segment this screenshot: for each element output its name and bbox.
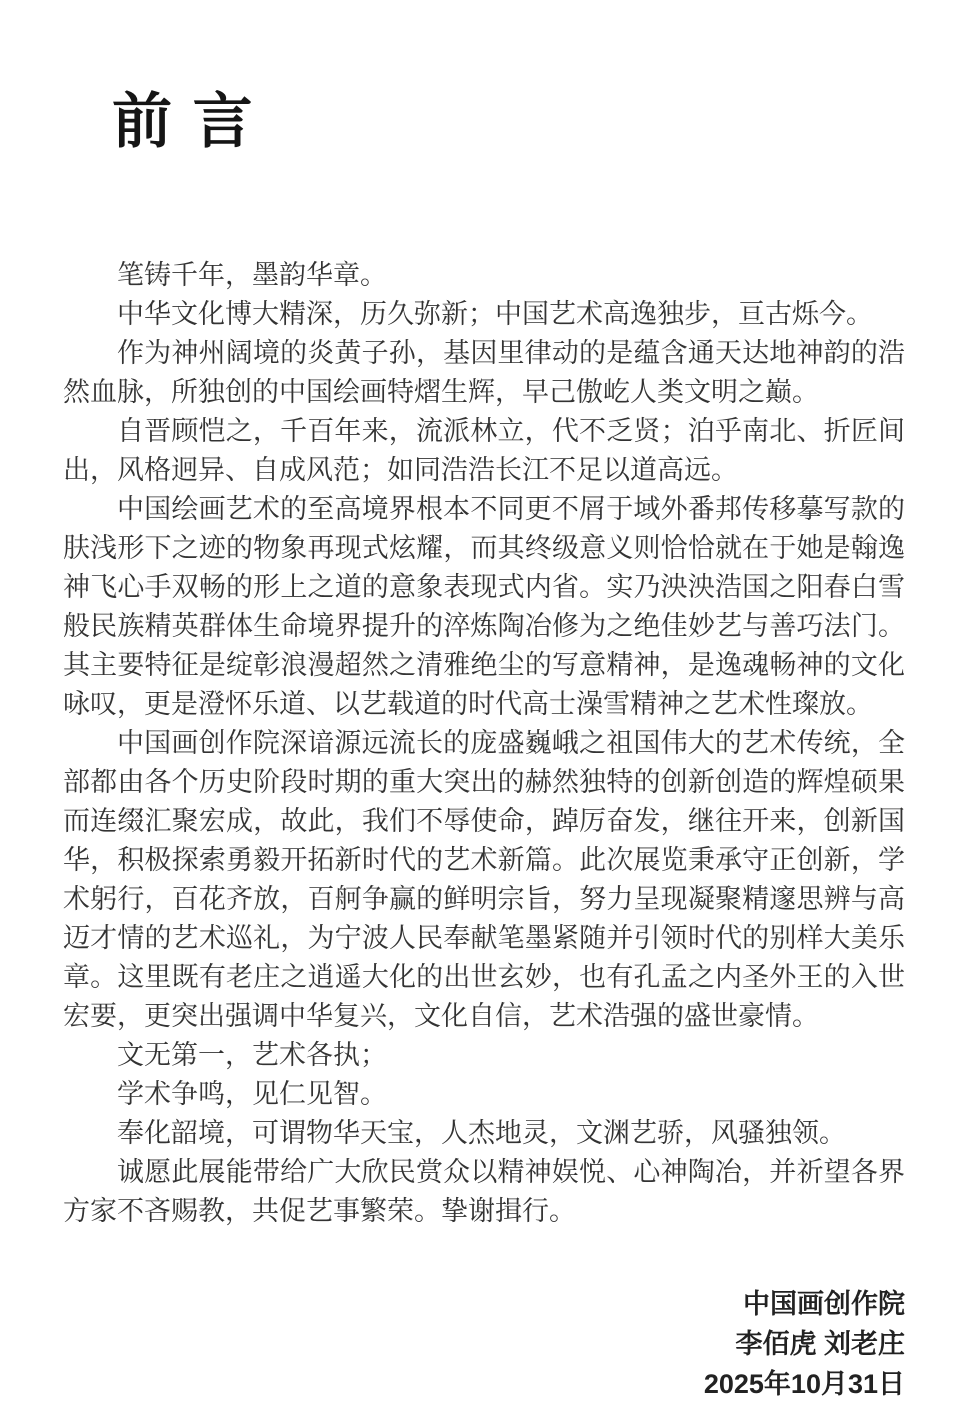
page-title: 前 言 — [0, 0, 953, 152]
preface-paragraph: 自晋顾恺之，千百年来，流派林立，代不乏贤；泊乎南北、折匠间出，风格迥异、自成风范… — [63, 412, 905, 490]
preface-paragraph: 中华文化博大精深，历久弥新；中国艺术高逸独步，亘古烁今。 — [63, 295, 905, 334]
signature-date: 2025年10月31日 — [0, 1364, 905, 1404]
preface-paragraph: 学术争鸣，见仁见智。 — [63, 1075, 905, 1114]
preface-paragraph: 中国画创作院深谙源远流长的庞盛巍峨之祖国伟大的艺术传统，全部都由各个历史阶段时期… — [63, 724, 905, 1036]
signature-organization: 中国画创作院 — [0, 1284, 905, 1324]
preface-paragraph: 笔铸千年，墨韵华章。 — [63, 256, 905, 295]
preface-paragraph: 诚愿此展能带给广大欣民赏众以精神娱悦、心神陶冶，并祈望各界方家不吝赐教，共促艺事… — [63, 1153, 905, 1231]
signature-block: 中国画创作院 李佰虎 刘老庄 2025年10月31日 — [0, 1284, 905, 1404]
document-page: 前 言 笔铸千年，墨韵华章。 中华文化博大精深，历久弥新；中国艺术高逸独步，亘古… — [0, 0, 953, 1418]
signature-authors: 李佰虎 刘老庄 — [0, 1324, 905, 1364]
preface-body: 笔铸千年，墨韵华章。 中华文化博大精深，历久弥新；中国艺术高逸独步，亘古烁今。 … — [63, 256, 905, 1231]
preface-paragraph: 奉化韶境，可谓物华天宝，人杰地灵，文渊艺骄，风骚独领。 — [63, 1114, 905, 1153]
preface-paragraph: 中国绘画艺术的至高境界根本不同更不屑于域外番邦传移摹写款的肤浅形下之迹的物象再现… — [63, 490, 905, 724]
preface-paragraph: 作为神州阔境的炎黄子孙，基因里律动的是蕴含通天达地神韵的浩然血脉，所独创的中国绘… — [63, 334, 905, 412]
preface-paragraph: 文无第一，艺术各执； — [63, 1036, 905, 1075]
